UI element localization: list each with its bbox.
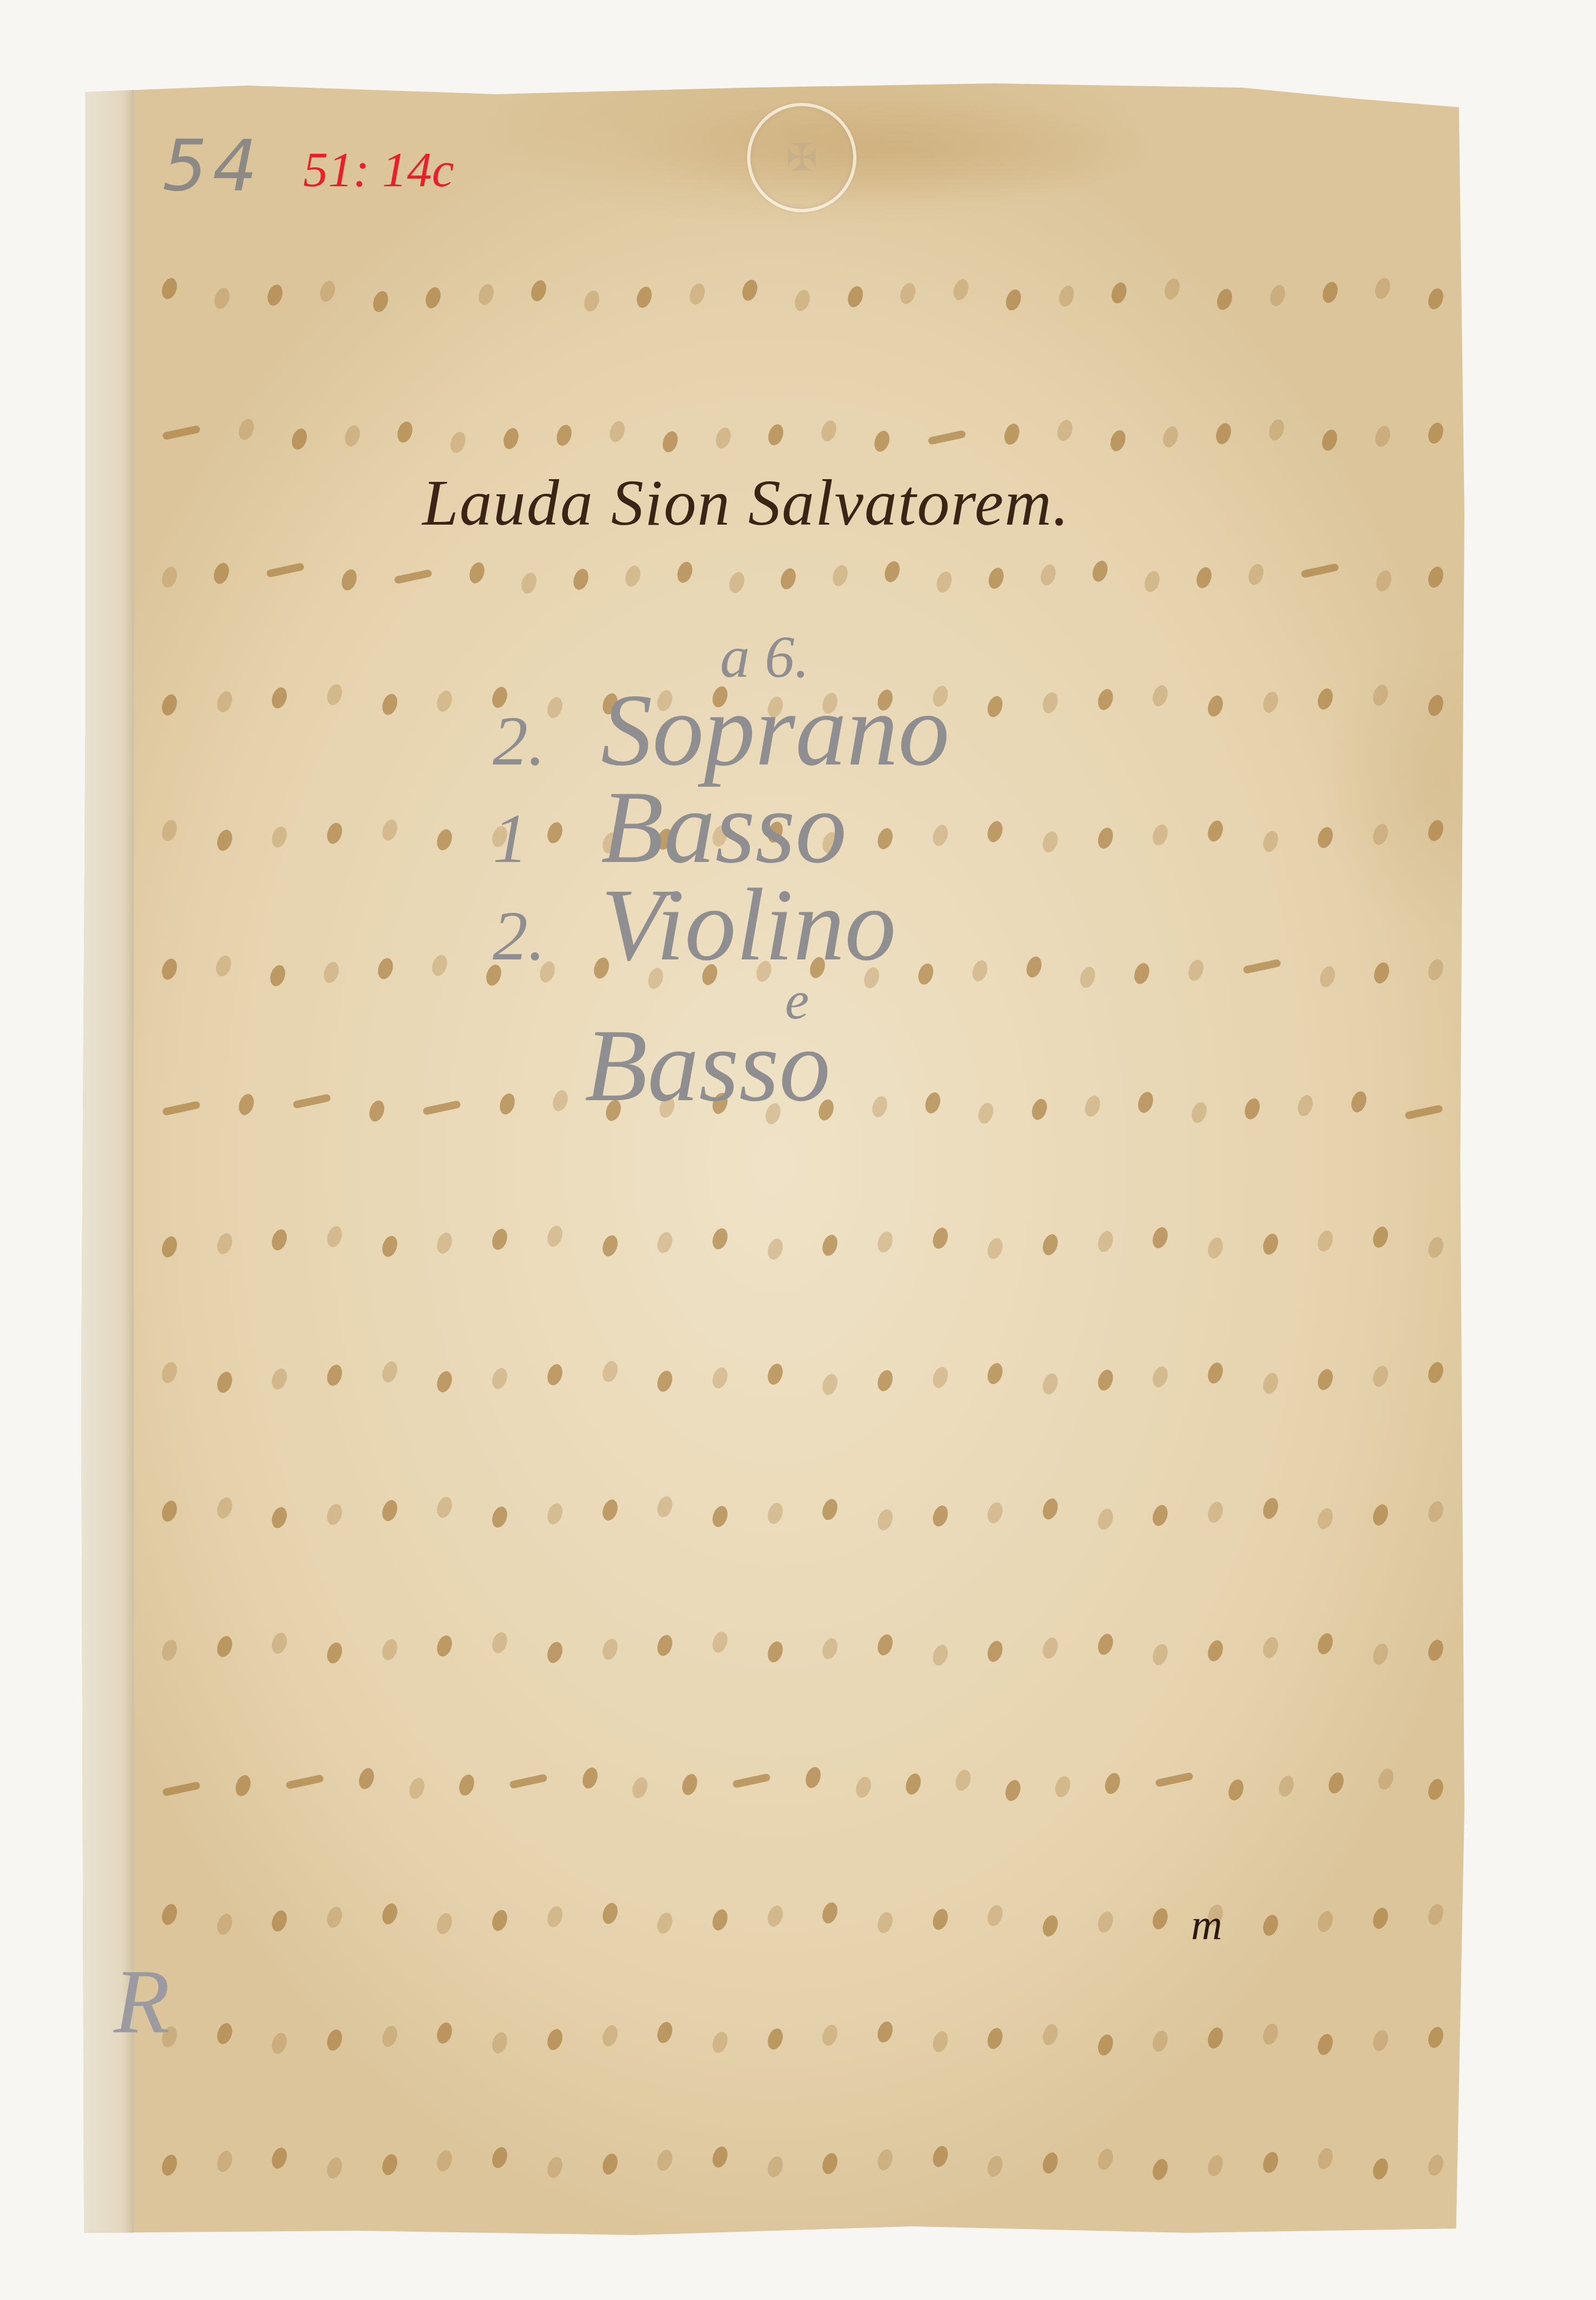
ink-dot-icon — [580, 1765, 600, 1790]
ink-dot-icon — [407, 1776, 427, 1801]
ink-dot-icon — [1425, 2153, 1445, 2178]
ink-dot-icon — [985, 819, 1005, 844]
ink-dot-icon — [380, 1637, 400, 1662]
ink-dot-icon — [875, 1368, 895, 1393]
notation-row — [162, 271, 1443, 319]
ink-dot-icon — [545, 1362, 565, 1387]
ink-dot-icon — [1206, 1235, 1226, 1260]
ink-dot-icon — [1425, 818, 1445, 843]
notation-row — [162, 1218, 1443, 1267]
notation-row — [162, 552, 1443, 601]
ink-dot-icon — [325, 821, 345, 846]
ink-dot-icon — [581, 288, 601, 313]
ink-dot-icon — [270, 824, 290, 849]
ink-dot-icon — [325, 1905, 345, 1930]
ink-dot-icon — [501, 426, 521, 451]
ink-dot-icon — [869, 1094, 889, 1119]
ink-dot-icon — [265, 282, 285, 307]
ink-dot-icon — [600, 1233, 620, 1258]
ink-dot-icon — [1132, 961, 1152, 986]
ink-dot-icon — [845, 284, 865, 309]
ink-dot-icon — [985, 2154, 1005, 2179]
ink-dot-icon — [985, 1639, 1005, 1664]
ink-dot-icon — [985, 1361, 1005, 1386]
ink-dot-icon — [1320, 427, 1340, 452]
ink-dot-icon — [1371, 1363, 1391, 1388]
ink-dot-icon — [159, 276, 179, 300]
ink-dot-icon — [1029, 1097, 1049, 1122]
ink-dot-icon — [1206, 693, 1226, 718]
ink-dot-icon — [435, 1494, 455, 1519]
ink-dot-icon — [159, 1234, 179, 1259]
ink-dot-icon — [1040, 829, 1060, 854]
ink-dot-icon — [370, 289, 390, 313]
ink-dot-icon — [545, 1501, 565, 1526]
ink-dot-icon — [875, 826, 895, 851]
ink-dot-icon — [1040, 1497, 1060, 1521]
ink-dot-icon — [820, 2151, 840, 2175]
ink-dot-icon — [435, 1230, 455, 1255]
part-name: Basso — [585, 1009, 830, 1123]
notation-row — [162, 1760, 1443, 1808]
ink-dot-icon — [1206, 2153, 1226, 2178]
ink-dot-icon — [367, 1099, 387, 1123]
ink-dot-icon — [766, 422, 786, 447]
bleed-through-notation — [162, 162, 1443, 2177]
ink-dot-icon — [1316, 1367, 1336, 1392]
ink-dot-icon — [1300, 563, 1339, 578]
ink-dot-icon — [1161, 424, 1181, 449]
ink-dot-icon — [1095, 1229, 1115, 1253]
ink-dot-icon — [1056, 284, 1076, 309]
ink-dot-icon — [233, 1773, 253, 1798]
ink-dot-icon — [765, 1904, 785, 1929]
ink-dot-icon — [923, 1090, 943, 1115]
ink-dot-icon — [1242, 1096, 1262, 1121]
ink-dot-icon — [490, 1505, 510, 1530]
ink-dot-icon — [1150, 1225, 1170, 1250]
ink-dot-icon — [1040, 1371, 1060, 1396]
part-count: 2. — [493, 896, 601, 977]
ink-dot-icon — [853, 1775, 873, 1800]
ink-dot-icon — [214, 1912, 234, 1937]
ink-dot-icon — [1425, 1776, 1445, 1801]
ink-dot-icon — [710, 1629, 730, 1654]
ink-dot-icon — [1095, 687, 1115, 711]
ink-dot-icon — [1095, 1368, 1115, 1393]
ink-dot-icon — [819, 419, 839, 443]
manuscript-page — [81, 81, 1464, 2242]
ink-dot-icon — [1425, 692, 1445, 717]
ink-dot-icon — [270, 685, 290, 710]
scoring-part: 2.Violino — [493, 866, 896, 984]
ink-dot-icon — [1206, 1361, 1226, 1386]
ink-dot-icon — [270, 1908, 290, 1933]
ink-dot-icon — [985, 2025, 1005, 2050]
ink-dot-icon — [1078, 964, 1098, 989]
page-title: Lauda Sion Salvatorem. — [422, 466, 1070, 540]
ink-dot-icon — [380, 1498, 400, 1523]
ink-dot-icon — [214, 1634, 234, 1659]
ink-dot-icon — [732, 1773, 771, 1788]
ink-dot-icon — [930, 822, 950, 847]
ink-dot-icon — [930, 1364, 950, 1389]
ink-dot-icon — [1142, 569, 1162, 593]
ink-dot-icon — [554, 422, 574, 447]
ink-dot-icon — [765, 2154, 785, 2179]
ink-dot-icon — [1316, 2146, 1336, 2171]
ink-dot-icon — [1040, 2022, 1060, 2047]
ink-dot-icon — [1024, 955, 1044, 979]
ink-dot-icon — [985, 1500, 1005, 1525]
ink-dot-icon — [214, 828, 234, 853]
ink-dot-icon — [655, 1911, 675, 1936]
ink-dot-icon — [985, 1236, 1005, 1260]
ink-dot-icon — [1214, 421, 1234, 446]
ink-dot-icon — [529, 278, 549, 303]
ink-dot-icon — [1206, 1499, 1226, 1524]
ink-dot-icon — [162, 1781, 200, 1796]
ink-dot-icon — [710, 1226, 730, 1251]
ink-dot-icon — [1109, 280, 1129, 305]
ink-dot-icon — [1150, 2157, 1170, 2181]
ink-dot-icon — [765, 2026, 785, 2051]
ink-dot-icon — [214, 2021, 234, 2046]
ink-dot-icon — [635, 285, 655, 310]
ink-dot-icon — [214, 1495, 234, 1520]
ink-dot-icon — [872, 428, 892, 453]
ink-dot-icon — [1260, 828, 1280, 853]
ink-dot-icon — [490, 1907, 510, 1932]
ink-dot-icon — [159, 818, 179, 842]
ink-dot-icon — [1150, 1642, 1170, 1667]
ink-dot-icon — [435, 2148, 455, 2173]
ink-dot-icon — [467, 560, 487, 585]
ink-dot-icon — [266, 562, 304, 577]
ink-dot-icon — [394, 569, 432, 584]
ink-dot-icon — [1040, 1913, 1060, 1938]
ink-dot-icon — [1372, 424, 1392, 449]
ink-dot-icon — [1055, 418, 1075, 443]
scoring-part: Basso — [476, 1007, 830, 1125]
ink-dot-icon — [1186, 957, 1206, 982]
ink-dot-icon — [875, 1507, 895, 1532]
pencil-mark: R — [114, 1949, 170, 2055]
ink-dot-icon — [214, 2149, 234, 2174]
ink-dot-icon — [213, 953, 233, 978]
ink-dot-icon — [1206, 2025, 1226, 2050]
ink-dot-icon — [903, 1771, 923, 1796]
ink-dot-icon — [519, 570, 539, 595]
ink-dot-icon — [1425, 1360, 1445, 1385]
ink-dot-icon — [875, 1632, 895, 1657]
ink-dot-icon — [270, 1366, 290, 1391]
ink-dot-icon — [545, 1640, 565, 1665]
ink-dot-icon — [985, 1903, 1005, 1928]
ink-dot-icon — [159, 1637, 179, 1662]
ink-dot-icon — [380, 1234, 400, 1259]
ink-dot-icon — [1052, 1774, 1072, 1799]
ink-dot-icon — [1316, 686, 1336, 711]
ink-dot-icon — [456, 1772, 476, 1797]
ink-dot-icon — [1376, 1767, 1396, 1792]
ink-dot-icon — [325, 2155, 345, 2180]
ink-dot-icon — [435, 1369, 455, 1394]
ink-dot-icon — [1103, 1770, 1123, 1795]
ink-dot-icon — [1373, 568, 1394, 593]
ink-dot-icon — [1206, 819, 1226, 844]
ink-dot-icon — [976, 1100, 996, 1125]
ink-dot-icon — [435, 1633, 455, 1658]
ink-dot-icon — [930, 2144, 950, 2168]
ink-dot-icon — [793, 287, 813, 312]
ink-dot-icon — [270, 1630, 290, 1655]
ink-dot-icon — [325, 1363, 345, 1388]
ink-dot-icon — [1095, 2147, 1115, 2172]
ink-dot-icon — [1425, 2024, 1445, 2049]
ink-dot-icon — [476, 282, 496, 306]
ink-dot-icon — [435, 2020, 455, 2045]
ink-dot-icon — [953, 1768, 973, 1793]
ink-dot-icon — [875, 1229, 895, 1254]
notation-row — [162, 1354, 1443, 1402]
ink-dot-icon — [289, 427, 309, 452]
ink-dot-icon — [318, 279, 338, 304]
ink-dot-icon — [927, 430, 966, 445]
ink-dot-icon — [325, 1641, 345, 1665]
ink-dot-icon — [545, 1223, 565, 1248]
ink-dot-icon — [342, 423, 362, 448]
ink-dot-icon — [1095, 1910, 1115, 1935]
ink-dot-icon — [1040, 1635, 1060, 1660]
ink-dot-icon — [630, 1775, 650, 1800]
ink-dot-icon — [655, 2148, 675, 2173]
ink-dot-icon — [820, 2023, 840, 2048]
ink-dot-icon — [545, 2027, 565, 2051]
ink-dot-icon — [325, 2027, 345, 2052]
ink-dot-icon — [1373, 276, 1393, 301]
ink-dot-icon — [600, 1636, 620, 1661]
ink-dot-icon — [1095, 1506, 1115, 1531]
ink-dot-icon — [162, 425, 200, 440]
ink-dot-icon — [930, 1906, 950, 1931]
ink-dot-icon — [915, 962, 936, 986]
ink-dot-icon — [159, 957, 179, 982]
ink-dot-icon — [1150, 1364, 1170, 1389]
ink-dot-icon — [930, 1504, 950, 1528]
ink-dot-icon — [1246, 561, 1266, 586]
ink-dot-icon — [380, 692, 400, 717]
ink-dot-icon — [1425, 1638, 1445, 1663]
ink-dot-icon — [270, 1505, 290, 1530]
ink-dot-icon — [820, 1497, 840, 1522]
ink-dot-icon — [1267, 417, 1287, 442]
ink-dot-icon — [1002, 421, 1022, 446]
ink-dot-icon — [162, 1100, 200, 1115]
ink-dot-icon — [1316, 1228, 1336, 1253]
ink-dot-icon — [1316, 2031, 1336, 2056]
ink-dot-icon — [236, 416, 256, 441]
ink-dot-icon — [710, 2030, 730, 2055]
ink-dot-icon — [820, 1371, 840, 1396]
ink-dot-icon — [1425, 286, 1445, 311]
ink-dot-icon — [1242, 959, 1281, 974]
ink-dot-icon — [1371, 821, 1391, 846]
ink-dot-icon — [237, 1092, 257, 1117]
ink-dot-icon — [267, 963, 287, 988]
ink-dot-icon — [212, 286, 232, 311]
ink-dot-icon — [1150, 1906, 1170, 1931]
ink-dot-icon — [435, 688, 455, 713]
ink-dot-icon — [1371, 1641, 1391, 1666]
ink-dot-icon — [934, 569, 954, 594]
ink-dot-icon — [380, 817, 400, 842]
ink-dot-icon — [820, 1900, 840, 1925]
ink-dot-icon — [1316, 1631, 1336, 1656]
ink-dot-icon — [985, 694, 1005, 718]
ink-dot-icon — [159, 564, 179, 589]
ink-dot-icon — [820, 1233, 840, 1258]
ink-dot-icon — [395, 420, 415, 445]
ink-dot-icon — [710, 1504, 730, 1529]
ink-dot-icon — [1276, 1774, 1296, 1799]
ink-dot-icon — [660, 429, 680, 454]
ink-dot-icon — [1095, 826, 1115, 851]
ink-dot-icon — [571, 567, 591, 592]
ink-dot-icon — [270, 1227, 290, 1252]
ink-dot-icon — [1215, 286, 1235, 311]
ink-dot-icon — [710, 1365, 730, 1390]
ink-dot-icon — [1095, 2032, 1115, 2057]
ink-dot-icon — [1226, 1777, 1246, 1802]
ink-dot-icon — [875, 1910, 895, 1935]
ink-dot-icon — [490, 2145, 510, 2170]
catchword: m — [1191, 1900, 1222, 1950]
ink-dot-icon — [875, 2019, 895, 2044]
ink-dot-icon — [655, 1369, 675, 1394]
ink-dot-icon — [1040, 690, 1060, 715]
ink-dot-icon — [820, 1636, 840, 1661]
ink-dot-icon — [214, 689, 234, 714]
ink-dot-icon — [1371, 1225, 1391, 1250]
ink-dot-icon — [1108, 428, 1128, 453]
ink-dot-icon — [875, 2147, 895, 2172]
ink-dot-icon — [214, 1231, 234, 1256]
ink-dot-icon — [1318, 964, 1338, 989]
ink-dot-icon — [970, 958, 990, 983]
ink-dot-icon — [1260, 1496, 1280, 1521]
ink-dot-icon — [435, 827, 455, 852]
ink-dot-icon — [930, 2029, 950, 2054]
ink-dot-icon — [623, 563, 643, 588]
ink-dot-icon — [713, 426, 733, 450]
ink-dot-icon — [286, 1774, 324, 1789]
ink-dot-icon — [325, 682, 345, 707]
stamp-glyph: ✠ — [786, 135, 818, 180]
ink-dot-icon — [779, 566, 799, 591]
ink-dot-icon — [765, 1362, 785, 1387]
ink-dot-icon — [680, 1772, 700, 1796]
ink-dot-icon — [1404, 1104, 1443, 1119]
ink-dot-icon — [380, 2152, 400, 2177]
ink-dot-icon — [1260, 1370, 1280, 1395]
ink-dot-icon — [1206, 1638, 1226, 1663]
ink-dot-icon — [710, 2144, 730, 2169]
ink-dot-icon — [765, 1236, 785, 1261]
ink-dot-icon — [655, 1494, 675, 1519]
ink-dot-icon — [1371, 683, 1391, 708]
notation-row — [162, 1489, 1443, 1538]
ink-dot-icon — [740, 278, 760, 303]
ink-dot-icon — [803, 1765, 823, 1789]
ink-dot-icon — [930, 1226, 950, 1251]
ink-dot-icon — [951, 277, 971, 302]
ink-dot-icon — [1425, 1499, 1445, 1524]
ink-dot-icon — [325, 1501, 345, 1526]
ink-dot-icon — [1150, 2029, 1170, 2054]
shelfmark-pencil: 54 — [162, 125, 263, 207]
ink-dot-icon — [1260, 1635, 1280, 1659]
ink-dot-icon — [1260, 2149, 1280, 2174]
ink-dot-icon — [448, 429, 468, 454]
ink-dot-icon — [159, 1360, 179, 1384]
ink-dot-icon — [159, 1902, 179, 1926]
ink-dot-icon — [1155, 1772, 1194, 1787]
ink-dot-icon — [655, 2020, 675, 2044]
ink-dot-icon — [930, 1642, 950, 1667]
ink-dot-icon — [882, 559, 902, 584]
ink-dot-icon — [1194, 565, 1214, 590]
ink-dot-icon — [1004, 287, 1024, 312]
ink-dot-icon — [214, 1370, 234, 1395]
ink-dot-icon — [600, 1358, 620, 1383]
ink-dot-icon — [376, 956, 396, 981]
ink-dot-icon — [509, 1774, 547, 1789]
library-stamp-icon: ✠ — [747, 103, 856, 212]
ink-dot-icon — [1136, 1090, 1156, 1115]
ink-dot-icon — [1372, 960, 1392, 985]
ink-dot-icon — [1095, 1632, 1115, 1657]
ink-dot-icon — [490, 1630, 510, 1655]
ink-dot-icon — [1425, 565, 1445, 590]
ink-dot-icon — [380, 1901, 400, 1926]
ink-dot-icon — [675, 560, 695, 585]
ink-dot-icon — [292, 1093, 331, 1108]
ink-dot-icon — [1038, 562, 1058, 587]
ink-dot-icon — [1425, 1902, 1445, 1927]
ink-dot-icon — [270, 2031, 290, 2056]
ink-dot-icon — [655, 1230, 675, 1254]
ink-dot-icon — [1040, 2150, 1060, 2175]
ink-dot-icon — [1260, 1232, 1280, 1257]
ink-dot-icon — [710, 1907, 730, 1932]
ink-dot-icon — [211, 561, 231, 586]
ink-dot-icon — [1189, 1100, 1209, 1125]
ink-dot-icon — [1425, 420, 1445, 445]
ink-dot-icon — [1260, 690, 1280, 715]
ink-dot-icon — [898, 280, 918, 305]
binding-strip — [81, 81, 134, 2242]
ink-dot-icon — [986, 566, 1006, 591]
ink-dot-icon — [1316, 1506, 1336, 1531]
ink-dot-icon — [1320, 279, 1340, 304]
ink-dot-icon — [1326, 1770, 1346, 1795]
ink-dot-icon — [1371, 1905, 1391, 1930]
ink-dot-icon — [339, 567, 359, 592]
notation-row — [162, 2014, 1443, 2063]
ink-dot-icon — [765, 1639, 785, 1664]
ink-dot-icon — [490, 1365, 510, 1390]
